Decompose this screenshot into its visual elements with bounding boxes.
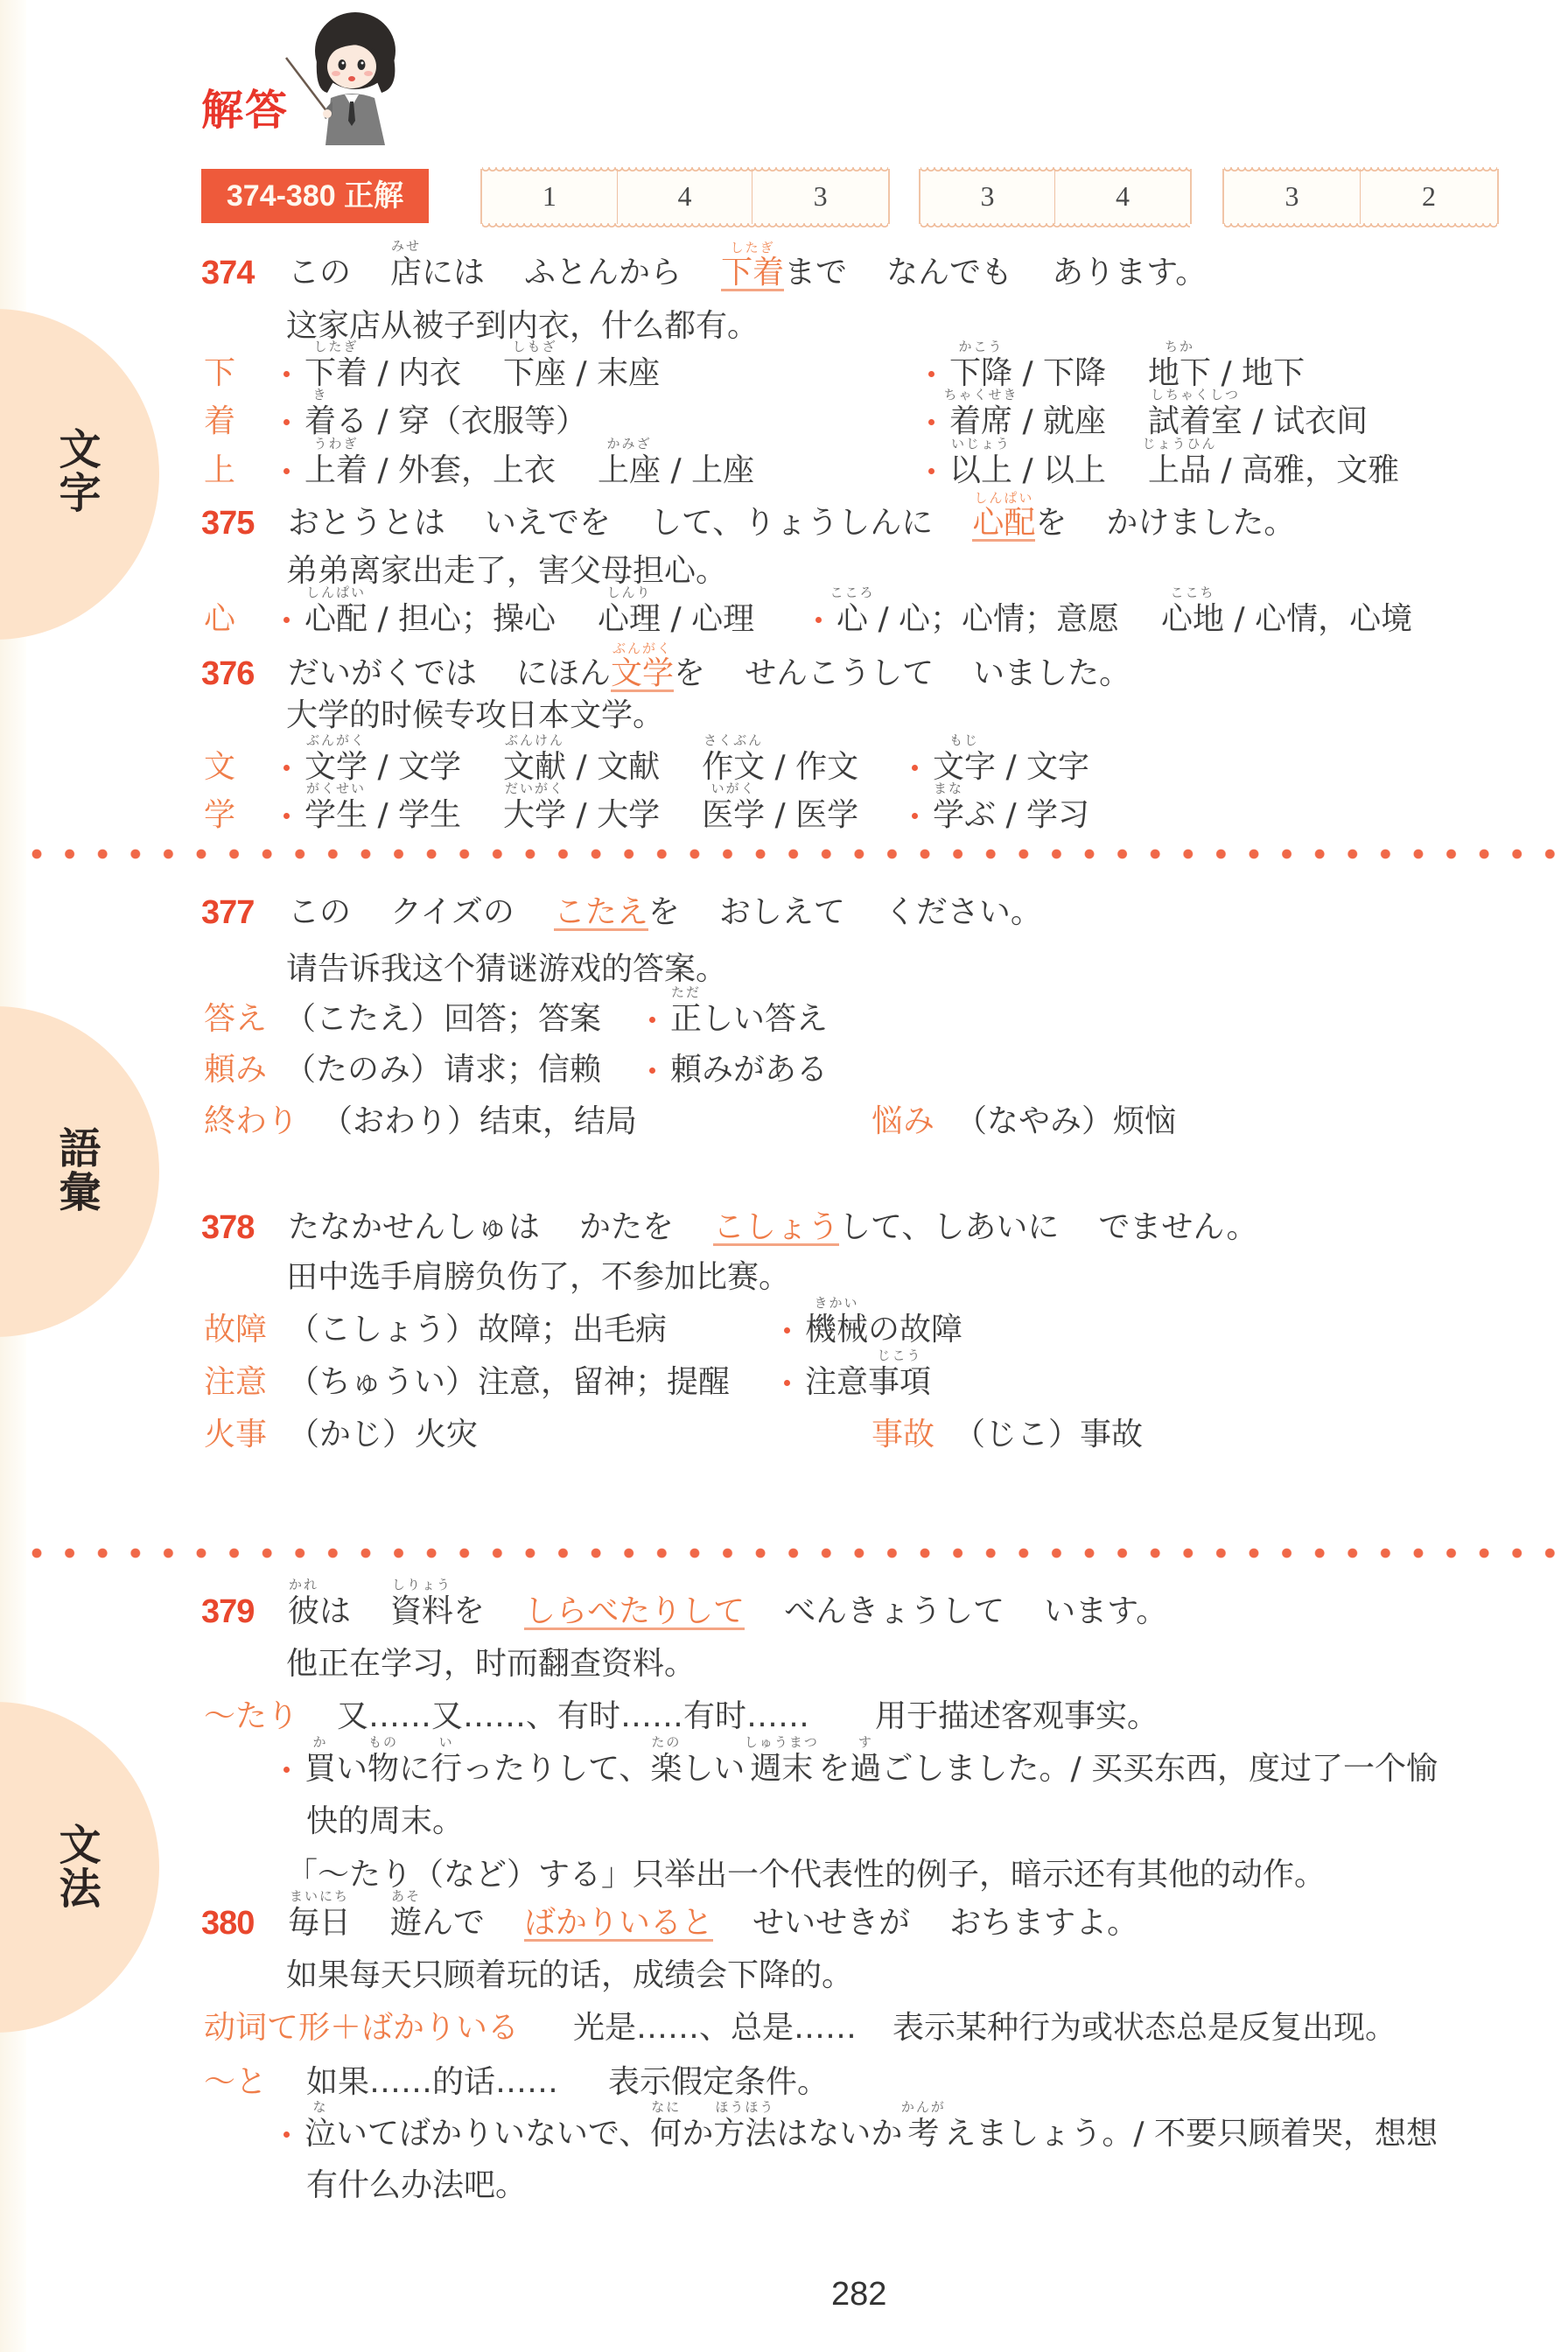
bullet-icon bbox=[283, 765, 290, 771]
vocab-row: 答え （こたえ） 回答；答案 ただ正しい答え bbox=[0, 1002, 1568, 1037]
vocab-row: 故障 （こしょう） 故障；出毛病 きかい機械の故障 bbox=[0, 1312, 1568, 1347]
kanji-words-right: もじ文字 / 文字 bbox=[912, 750, 1131, 785]
word-meaning: / 心情，心境 bbox=[1224, 602, 1412, 637]
kanji-word: しんり心理 / 心理 bbox=[598, 602, 754, 637]
ruby-word: いがく医学 bbox=[702, 798, 765, 833]
vocab-row: 終わり （おわり） 结束，结局 悩み （なやみ） 烦恼 bbox=[0, 1104, 1568, 1139]
page-number: 282 bbox=[831, 2275, 886, 2313]
ruby-base: 泣 bbox=[304, 2117, 336, 2152]
ruby-reading: じこう bbox=[833, 1348, 966, 1362]
example-text: はないか bbox=[776, 2117, 902, 2152]
ruby-reading: まな bbox=[898, 781, 999, 795]
vocab-word: 故障 bbox=[204, 1312, 267, 1347]
bullet-icon bbox=[912, 765, 918, 771]
word-meaning: / 以上 bbox=[1012, 453, 1106, 488]
kanji-word: ちか地下 / 地下 bbox=[1148, 356, 1305, 391]
phrase: おしえて bbox=[719, 895, 845, 930]
bullet-icon bbox=[283, 419, 290, 425]
highlighted-answer: こしょう bbox=[713, 1212, 839, 1246]
kanji-label: 心 bbox=[204, 602, 235, 637]
translation-line: 大学的时候专攻日本文学。 bbox=[0, 698, 1568, 733]
translation: 如果每天只顾着玩的话，成绩会下降的。 bbox=[286, 1958, 853, 1993]
phrase-text: には bbox=[422, 255, 485, 290]
example-text: を bbox=[818, 1752, 850, 1787]
vocab-word: 頼み bbox=[204, 1053, 267, 1088]
vocab-reading: （たのみ） bbox=[284, 1053, 442, 1088]
example-text: えましょう。/ 不要只顾着哭，想想 bbox=[944, 2117, 1438, 2152]
grammar-note-line: 「～たり（など）する」只举出一个代表性的例子，暗示还有其他的动作。 bbox=[0, 1858, 1568, 1893]
ruby-reading: な bbox=[269, 2100, 371, 2114]
translation-line: 田中选手肩膀负伤了，不参加比赛。 bbox=[0, 1260, 1568, 1295]
phrase: いました。 bbox=[973, 656, 1130, 691]
kanji-word: ぶんけん文献 / 文献 bbox=[503, 750, 660, 785]
ruby-reading: ぶんがく bbox=[576, 641, 709, 655]
example-text: いてばかりいないで、 bbox=[336, 2117, 650, 2152]
ruby-base: 上座 bbox=[598, 453, 661, 488]
question-sentence: だいがくでは にほんぶんがく文学を せんこうして いました。 bbox=[288, 656, 1170, 692]
example-line: か買いもの物にい行ったりして、たの楽しいしゅうまつ週末をす過ごしました。/ 买买… bbox=[0, 1752, 1568, 1787]
ruby-reading: き bbox=[269, 388, 371, 402]
kanji-word: さくぶん作文 / 作文 bbox=[702, 750, 858, 785]
bullet-icon bbox=[283, 1767, 290, 1773]
example-text: 快的周末。 bbox=[306, 1804, 464, 1839]
ruby-reading: しちゃくしつ bbox=[1113, 388, 1277, 402]
bullet-icon bbox=[912, 813, 918, 819]
ruby-word: き着 bbox=[304, 404, 336, 439]
phrase: こしょうして、しあいに bbox=[713, 1210, 1059, 1246]
ruby-word: しもざ下座 bbox=[503, 356, 566, 391]
phrase-text: んで bbox=[422, 1906, 485, 1941]
vocab-example: きかい機械の故障 bbox=[784, 1312, 962, 1347]
answer-word: ぶんがく文学 bbox=[611, 658, 674, 692]
vocab-meaning: 结束，结局 bbox=[479, 1104, 637, 1139]
phrase: クイズの bbox=[390, 895, 514, 930]
phrase-text: かたを bbox=[579, 1210, 674, 1245]
translation-line: 弟弟离家出走了，害父母担心。 bbox=[0, 554, 1568, 589]
grammar-meaning: 又……又……、有时……有时…… bbox=[337, 1699, 809, 1734]
word-meaning: / 试衣间 bbox=[1242, 404, 1368, 439]
ruby-base: 何 bbox=[650, 2117, 682, 2152]
ruby-word: さくぶん作文 bbox=[702, 750, 765, 785]
phrase-text: を bbox=[648, 895, 680, 930]
kanji-row: 学 がくせい学生 / 学生 だいがく大学 / 大学 いがく医学 / 医学 まな学… bbox=[0, 798, 1568, 833]
example-text: に bbox=[399, 1752, 430, 1787]
word-meaning: / 文字 bbox=[996, 750, 1089, 785]
grammar-row: 动词て形＋ばかりいる 光是……、总是…… 表示某种行为或状态总是反复出现。 bbox=[0, 2011, 1568, 2046]
vocab-reading: （こしょう） bbox=[288, 1312, 477, 1347]
ruby-base: 文学 bbox=[304, 750, 367, 785]
ruby-word: す過 bbox=[850, 1752, 881, 1787]
example-text: しい bbox=[682, 1752, 745, 1787]
kanji-word: ここち心地 / 心情，心境 bbox=[1161, 602, 1412, 637]
phrase: ください。 bbox=[885, 895, 1042, 930]
phrase-text: して、しあいに bbox=[839, 1210, 1059, 1245]
ruby-reading: もじ bbox=[898, 733, 1031, 747]
example-text: い bbox=[336, 1752, 367, 1787]
vocab-reading: （こたえ） bbox=[284, 1002, 442, 1037]
ruby-reading: ほうほう bbox=[678, 2100, 811, 2114]
ruby-base: 作文 bbox=[702, 750, 765, 785]
kanji-words-left: ぶんがく文学 / 文学 ぶんけん文献 / 文献 さくぶん作文 / 作文 bbox=[283, 750, 900, 785]
ruby-base: 方法 bbox=[713, 2117, 776, 2152]
answer-cell: 3 bbox=[920, 169, 1055, 224]
ruby-base: 心理 bbox=[598, 602, 661, 637]
grammar-example: な泣いてばかりいないで、なに何かほうほう方法はないかかんが考えましょう。/ 不要… bbox=[283, 2117, 1438, 2152]
question-number: 377 bbox=[201, 895, 254, 930]
ruby-reading: す bbox=[815, 1735, 916, 1749]
answer-cell: 1 bbox=[482, 169, 618, 224]
answer-cell: 2 bbox=[1361, 169, 1497, 224]
example-text: 頼みがある bbox=[670, 1053, 828, 1088]
phrase: せいせきが bbox=[752, 1906, 910, 1941]
highlighted-answer: しらべたりして bbox=[524, 1596, 745, 1630]
ruby-base: 着 bbox=[304, 404, 336, 439]
ruby-base: 以上 bbox=[949, 453, 1012, 488]
kanji-row: 下 したぎ下着 / 内衣 しもざ下座 / 末座 かこう下降 / 下降 ちか地下 … bbox=[0, 356, 1568, 391]
ruby-word: しちゃくしつ試着室 bbox=[1148, 404, 1242, 439]
ruby-base: 考 bbox=[907, 2117, 939, 2152]
ruby-word: もじ文字 bbox=[933, 750, 996, 785]
example-text: ごしました。/ 买买东西，度过了一个愉 bbox=[881, 1752, 1438, 1787]
ruby-base: 上品 bbox=[1148, 453, 1211, 488]
bullet-icon bbox=[283, 371, 290, 377]
question-380: 380 まいにち毎日 あそ遊んで ばかりいると せいせきが おちますよ。 bbox=[0, 1906, 1568, 1941]
phrase: あります。 bbox=[1052, 255, 1207, 290]
ruby-base: 地下 bbox=[1148, 356, 1211, 391]
ruby-base: 買 bbox=[304, 1752, 336, 1787]
ruby-word: ぶんがく文学 bbox=[304, 750, 367, 785]
word-meaning: / 学生 bbox=[367, 798, 461, 833]
kanji-word: しちゃくしつ試着室 / 试衣间 bbox=[1148, 404, 1368, 439]
ruby-reading: ここち bbox=[1126, 585, 1259, 599]
phrase-text: べんきょうして bbox=[784, 1594, 1004, 1629]
bullet-icon bbox=[283, 468, 290, 474]
grammar-meaning: 如果……的话…… bbox=[306, 2065, 558, 2100]
phrase: あそ遊んで bbox=[390, 1906, 485, 1941]
ruby-reading: いがく bbox=[667, 781, 800, 795]
question-number: 375 bbox=[201, 506, 254, 541]
question-377: 377 この クイズの こたえを おしえて ください。 bbox=[0, 895, 1568, 930]
question-number: 379 bbox=[201, 1594, 254, 1629]
ruby-base: 資料 bbox=[390, 1594, 453, 1629]
answer-cell: 3 bbox=[1224, 169, 1361, 224]
bullet-icon bbox=[784, 1327, 790, 1333]
example-line: な泣いてばかりいないで、なに何かほうほう方法はないかかんが考えましょう。/ 不要… bbox=[0, 2117, 1568, 2152]
phrase: だいがくでは bbox=[288, 656, 477, 691]
vocab-word: 事故 bbox=[871, 1417, 934, 1452]
phrase-text: せんこうして bbox=[745, 656, 934, 691]
phrase-text: にほん bbox=[516, 656, 611, 691]
word-meaning: / 担心；操心 bbox=[367, 602, 556, 637]
phrase-text: でません。 bbox=[1098, 1210, 1257, 1245]
translation: 大学的时候专攻日本文学。 bbox=[286, 698, 664, 733]
phrase: しんぱい心配を bbox=[972, 506, 1067, 542]
question-sentence: たなかせんしゅは かたを こしょうして、しあいに でません。 bbox=[288, 1210, 1298, 1246]
ruby-reading: がくせい bbox=[269, 781, 402, 795]
ruby-reading: だいがく bbox=[468, 781, 601, 795]
ruby-word: かこう下降 bbox=[949, 356, 1012, 391]
vocab-row: 頼み （たのみ） 请求；信赖 頼みがある bbox=[0, 1053, 1568, 1088]
grammar-row: ～と 如果……的话…… 表示假定条件。 bbox=[0, 2065, 1568, 2100]
word-meaning: / 心理 bbox=[661, 602, 754, 637]
phrase: こたえを bbox=[554, 895, 680, 931]
ruby-reading: あそ bbox=[355, 1889, 457, 1903]
bullet-icon bbox=[784, 1380, 790, 1386]
phrase-text: ください。 bbox=[885, 895, 1042, 930]
ruby-base: 試着室 bbox=[1148, 404, 1242, 439]
teacher-illustration bbox=[262, 7, 411, 149]
translation: 他正在学习，时而翻查资料。 bbox=[286, 1647, 696, 1682]
ruby-reading: きかい bbox=[770, 1296, 903, 1310]
ruby-reading: こころ bbox=[801, 585, 903, 599]
ruby-base: 毎日 bbox=[288, 1906, 351, 1941]
phrase: ふとんから bbox=[524, 255, 682, 290]
question-sentence: この クイズの こたえを おしえて ください。 bbox=[288, 895, 1081, 931]
ruby-reading: うわぎ bbox=[269, 437, 402, 451]
vocab-meaning: 烦恼 bbox=[1113, 1104, 1176, 1139]
section-tab-label-goi: 語彙 bbox=[53, 1126, 99, 1214]
ruby-word: ぶんけん文献 bbox=[503, 750, 566, 785]
phrase-text: おしえて bbox=[719, 895, 845, 930]
ruby-word: しんぱい心配 bbox=[304, 602, 367, 637]
word-meaning: / 上座 bbox=[661, 453, 754, 488]
question-sentence: おとうとは いえでを して、りょうしんに しんぱい心配を かけました。 bbox=[288, 506, 1334, 542]
ruby-word: ただ正 bbox=[670, 1002, 702, 1037]
translation-line: 这家店从被子到内衣，什么都有。 bbox=[0, 309, 1568, 344]
ruby-word: たの楽 bbox=[650, 1752, 682, 1787]
kanji-words-right: ちゃくせき着席 / 就座 しちゃくしつ試着室 / 试衣间 bbox=[928, 404, 1410, 439]
phrase: この bbox=[288, 255, 351, 290]
vocab-reading: （じこ） bbox=[954, 1417, 1080, 1452]
ruby-base: 過 bbox=[850, 1752, 881, 1787]
phrase: ばかりいると bbox=[524, 1907, 713, 1942]
question-379: 379 かれ彼は しりょう資料を しらべたりして べんきょうして います。 bbox=[0, 1594, 1568, 1629]
ruby-word: みせ店 bbox=[390, 255, 422, 290]
question-374: 374 この みせ店には ふとんから したぎ下着まで なんでも あります。 bbox=[0, 255, 1568, 290]
kanji-word: いがく医学 / 医学 bbox=[702, 798, 858, 833]
word-meaning: / 内衣 bbox=[367, 356, 461, 391]
bullet-icon bbox=[283, 2131, 290, 2138]
phrase-text: いえでを bbox=[485, 506, 611, 541]
vocab-meaning: 火灾 bbox=[415, 1417, 478, 1452]
ruby-reading: しもざ bbox=[468, 339, 601, 353]
translation: 弟弟离家出走了，害父母担心。 bbox=[286, 554, 727, 589]
phrase-text: たなかせんしゅは bbox=[288, 1210, 540, 1245]
word-meaning: / 文献 bbox=[566, 750, 660, 785]
bullet-icon bbox=[649, 1017, 655, 1023]
word-meaning: ぶ / 学习 bbox=[964, 798, 1089, 833]
word-meaning: / 心；心情；意愿 bbox=[868, 602, 1119, 637]
phrase-text: あります。 bbox=[1052, 255, 1207, 290]
ruby-base: 学 bbox=[933, 798, 964, 833]
phrase-text: して、りょうしんに bbox=[650, 506, 933, 541]
ruby-word: まいにち毎日 bbox=[288, 1906, 351, 1941]
vocab-reading: （なやみ） bbox=[955, 1104, 1113, 1139]
kanji-row: 着 き着る / 穿（衣服等） ちゃくせき着席 / 就座 しちゃくしつ試着室 / … bbox=[0, 404, 1568, 439]
kanji-label: 着 bbox=[204, 404, 235, 439]
ruby-base: 心配 bbox=[304, 602, 367, 637]
ruby-reading: ちゃくせき bbox=[914, 388, 1047, 402]
phrase: したぎ下着まで bbox=[721, 255, 847, 291]
grammar-note: 表示假定条件。 bbox=[608, 2065, 829, 2100]
word-meaning: / 下降 bbox=[1012, 356, 1106, 391]
ruby-word: きかい機械 bbox=[805, 1312, 868, 1347]
phrase-text: まで bbox=[784, 255, 847, 290]
question-sentence: この みせ店には ふとんから したぎ下着まで なんでも あります。 bbox=[288, 255, 1246, 291]
ruby-base: 遊 bbox=[390, 1906, 422, 1941]
answer-range-banner: 374-380 正解 bbox=[201, 169, 429, 223]
word-meaning: / 作文 bbox=[765, 750, 858, 785]
ruby-base: 楽 bbox=[650, 1752, 682, 1787]
grammar-pattern: ～と bbox=[204, 2065, 267, 2100]
phrase: かけました。 bbox=[1106, 506, 1295, 541]
ruby-reading: たの bbox=[615, 1735, 717, 1749]
word-meaning: / 外套，上衣 bbox=[367, 453, 556, 488]
phrase-text: せいせきが bbox=[752, 1906, 910, 1941]
phrase: なんでも bbox=[886, 255, 1012, 290]
kanji-label: 下 bbox=[204, 356, 235, 391]
kanji-word: もじ文字 / 文字 bbox=[933, 750, 1089, 785]
example-text: か bbox=[682, 2117, 713, 2152]
phrase-text: だいがくでは bbox=[288, 656, 477, 691]
kanji-word: かみざ上座 / 上座 bbox=[598, 453, 754, 488]
ruby-reading: ちか bbox=[1113, 339, 1246, 353]
kanji-word: こころ心 / 心；心情；意愿 bbox=[836, 602, 1119, 637]
ruby-reading: かこう bbox=[914, 339, 1047, 353]
kanji-word: だいがく大学 / 大学 bbox=[503, 798, 660, 833]
ruby-word: しゅうまつ週末 bbox=[750, 1752, 813, 1787]
phrase: かたを bbox=[579, 1210, 674, 1245]
question-number: 376 bbox=[201, 656, 254, 691]
phrase: いえでを bbox=[485, 506, 611, 541]
highlighted-answer: 心配 bbox=[972, 507, 1035, 542]
phrase: まいにち毎日 bbox=[288, 1906, 351, 1941]
translation-line: 他正在学习，时而翻查资料。 bbox=[0, 1647, 1568, 1682]
word-meaning: / 就座 bbox=[1012, 404, 1106, 439]
vocab-word: 火事 bbox=[204, 1417, 267, 1452]
ruby-word: じょうひん上品 bbox=[1148, 453, 1211, 488]
phrase-text: クイズの bbox=[390, 895, 514, 930]
ruby-reading: したぎ bbox=[686, 241, 819, 255]
kanji-word: まな学ぶ / 学习 bbox=[933, 798, 1089, 833]
ruby-word: かれ彼 bbox=[288, 1594, 319, 1629]
question-number: 378 bbox=[201, 1210, 254, 1245]
kanji-words-left: うわぎ上着 / 外套，上衣 かみざ上座 / 上座 bbox=[283, 453, 796, 488]
kanji-words-right: まな学ぶ / 学习 bbox=[912, 798, 1131, 833]
phrase: たなかせんしゅは bbox=[288, 1210, 540, 1245]
ruby-base: 機械 bbox=[805, 1312, 868, 1347]
ruby-word: か買 bbox=[304, 1752, 336, 1787]
phrase-text: おちますよ。 bbox=[949, 1906, 1138, 1941]
phrase-text: を bbox=[674, 656, 705, 691]
word-meaning: / 高雅，文雅 bbox=[1211, 453, 1399, 488]
phrase: おとうとは bbox=[288, 506, 445, 541]
kanji-label: 学 bbox=[204, 798, 235, 833]
question-375: 375 おとうとは いえでを して、りょうしんに しんぱい心配を かけました。 bbox=[0, 506, 1568, 541]
ruby-word: なに何 bbox=[650, 2117, 682, 2152]
phrase-text: います。 bbox=[1044, 1594, 1167, 1629]
answer-word: したぎ下着 bbox=[721, 257, 784, 291]
kanji-word: かこう下降 / 下降 bbox=[949, 356, 1106, 391]
vocab-word: 注意 bbox=[204, 1365, 267, 1400]
ruby-word: だいがく大学 bbox=[503, 798, 566, 833]
kanji-words-left: がくせい学生 / 学生 だいがく大学 / 大学 いがく医学 / 医学 bbox=[283, 798, 900, 833]
ruby-word: したぎ下着 bbox=[304, 356, 367, 391]
word-meaning: る / 穿（衣服等） bbox=[336, 404, 587, 439]
ruby-reading: しんぱい bbox=[269, 585, 402, 599]
answer-group-3: 3 2 bbox=[1222, 169, 1499, 224]
phrase: にほんぶんがく文学を bbox=[516, 656, 705, 692]
phrase: べんきょうして bbox=[784, 1594, 1004, 1629]
translation: 田中选手肩膀负伤了，不参加比赛。 bbox=[286, 1260, 790, 1295]
ruby-reading: かんが bbox=[872, 2100, 974, 2114]
example-line: 快的周末。 bbox=[0, 1804, 1568, 1839]
word-meaning: / 大学 bbox=[566, 798, 660, 833]
question-sentence: かれ彼は しりょう資料を しらべたりして べんきょうして います。 bbox=[288, 1594, 1207, 1630]
kanji-word: うわぎ上着 / 外套，上衣 bbox=[304, 453, 556, 488]
ruby-base: 下着 bbox=[304, 356, 367, 391]
vocab-example: ただ正しい答え bbox=[649, 1002, 828, 1037]
ruby-word: ほうほう方法 bbox=[713, 2117, 776, 2152]
kanji-words-right: こころ心 / 心；心情；意愿 ここち心地 / 心情，心境 bbox=[815, 602, 1454, 637]
bullet-icon bbox=[649, 1067, 655, 1074]
kanji-row: 文 ぶんがく文学 / 文学 ぶんけん文献 / 文献 さくぶん作文 / 作文 もじ… bbox=[0, 750, 1568, 785]
phrase-text: なんでも bbox=[886, 255, 1012, 290]
phrase-text: かけました。 bbox=[1106, 506, 1295, 541]
vocab-reading: （ちゅうい） bbox=[288, 1365, 477, 1400]
word-meaning: / 地下 bbox=[1211, 356, 1305, 391]
phrase: みせ店には bbox=[390, 255, 485, 290]
kanji-words-left: き着る / 穿（衣服等） bbox=[283, 404, 629, 439]
ruby-base: 大学 bbox=[503, 798, 566, 833]
bullet-icon bbox=[928, 468, 934, 474]
phrase-text: この bbox=[288, 255, 351, 290]
kanji-word: がくせい学生 / 学生 bbox=[304, 798, 461, 833]
phrase-text: おとうとは bbox=[288, 506, 445, 541]
phrase-text: を bbox=[453, 1594, 485, 1629]
kanji-label: 文 bbox=[204, 750, 235, 785]
vocab-meaning: 注意，留神；提醒 bbox=[478, 1365, 730, 1400]
example-text: の故障 bbox=[868, 1312, 962, 1347]
ruby-word: まな学 bbox=[933, 798, 964, 833]
bullet-icon bbox=[928, 371, 934, 377]
kanji-word: ぶんがく文学 / 文学 bbox=[304, 750, 461, 785]
ruby-reading: しんぱい bbox=[937, 491, 1070, 505]
answer-cell: 4 bbox=[1055, 169, 1190, 224]
ruby-base: 文献 bbox=[503, 750, 566, 785]
vocab-meaning: 回答；答案 bbox=[444, 1002, 601, 1037]
phrase: して、りょうしんに bbox=[650, 506, 933, 541]
kanji-words-left: したぎ下着 / 内衣 しもざ下座 / 末座 bbox=[283, 356, 702, 391]
ruby-base: 学生 bbox=[304, 798, 367, 833]
question-378: 378 たなかせんしゅは かたを こしょうして、しあいに でません。 bbox=[0, 1210, 1568, 1245]
grammar-pattern: ～たり bbox=[204, 1699, 298, 1734]
word-meaning: / 文学 bbox=[367, 750, 461, 785]
ruby-word: じこう事項 bbox=[868, 1365, 931, 1400]
ruby-base: 物 bbox=[367, 1752, 399, 1787]
word-meaning: / 医学 bbox=[765, 798, 858, 833]
translation: 请告诉我这个猜谜游戏的答案。 bbox=[286, 952, 727, 987]
ruby-base: 下座 bbox=[503, 356, 566, 391]
example-text: 注意 bbox=[805, 1365, 868, 1400]
vocab-word: 悩み bbox=[871, 1104, 934, 1139]
ruby-reading: ぶんけん bbox=[468, 733, 601, 747]
highlighted-answer: 下着 bbox=[721, 257, 784, 291]
word-meaning: / 末座 bbox=[566, 356, 660, 391]
ruby-reading: ぶんがく bbox=[269, 733, 402, 747]
ruby-base: 事項 bbox=[868, 1365, 931, 1400]
kanji-word: したぎ下着 / 内衣 bbox=[304, 356, 461, 391]
